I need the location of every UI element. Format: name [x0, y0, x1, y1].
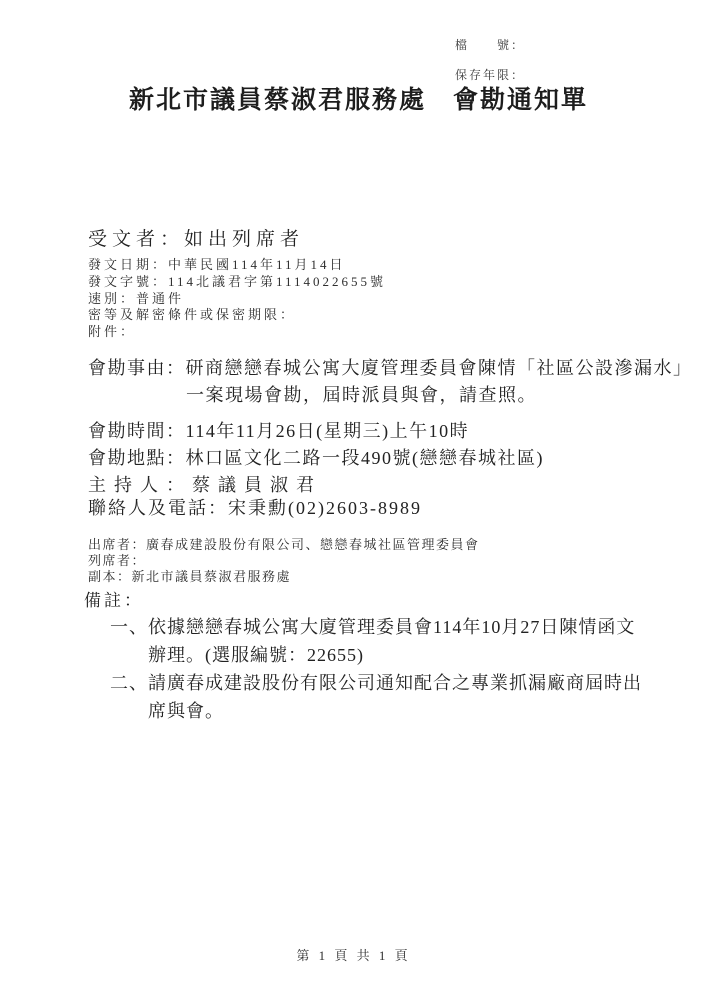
remark-2-number: 二、 [110, 673, 148, 693]
attendees-cc-line: 副本：新北市議員蔡淑君服務處 [88, 569, 480, 585]
inspection-time-line: 會勘時間：114年11月26日(星期三)上午10時 [88, 417, 469, 443]
document-meta-block: 發文日期：中華民國114年11月14日 發文字號：114北議君字第1114022… [88, 257, 386, 341]
document-title: 新北市議員蔡淑君服務處 會勘通知單 [0, 80, 707, 116]
inspection-location-line: 會勘地點：林口區文化二路一段490號(戀戀春城社區) [88, 444, 544, 470]
notice-document-page: 檔 號： 保存年限： 新北市議員蔡淑君服務處 會勘通知單 受文者：如出列席者 發… [0, 0, 707, 1000]
remark-1-number: 一、 [110, 617, 148, 637]
subject-label: 會勘事由： [88, 358, 186, 378]
doc-number-line: 發文字號：114北議君字第1114022655號 [88, 274, 386, 291]
page-number-footer: 第 1 頁 共 1 頁 [0, 945, 707, 964]
contact-line: 聯絡人及電話：宋秉勳(02)2603-8989 [88, 494, 422, 520]
speed-class-line: 速別：普通件 [88, 291, 386, 308]
remarks-list: 一、依據戀戀春城公寓大廈管理委員會114年10月27日陳情函文辦理。(選服編號：… [110, 614, 650, 726]
subject-text: 研商戀戀春城公寓大廈管理委員會陳情「社區公設滲漏水」一案現場會勘，屆時派員與會，… [186, 358, 693, 405]
attendees-present-line: 出席者：廣春成建設股份有限公司、戀戀春城社區管理委員會 [88, 537, 480, 553]
remarks-label: 備註： [84, 586, 144, 611]
remark-2-text: 請廣春成建設股份有限公司通知配合之專業抓漏廠商屆時出席與會。 [148, 673, 642, 721]
issue-date-line: 發文日期：中華民國114年11月14日 [88, 257, 386, 274]
file-number-label: 檔 號： [455, 36, 525, 53]
attendee-block: 出席者：廣春成建設股份有限公司、戀戀春城社區管理委員會 列席者： 副本：新北市議… [88, 537, 480, 586]
attachment-line: 附件： [88, 324, 386, 341]
remark-item-2: 二、請廣春成建設股份有限公司通知配合之專業抓漏廠商屆時出席與會。 [110, 670, 650, 725]
remark-item-1: 一、依據戀戀春城公寓大廈管理委員會114年10月27日陳情函文辦理。(選服編號：… [110, 614, 650, 669]
remark-1-text: 依據戀戀春城公寓大廈管理委員會114年10月27日陳情函文辦理。(選服編號：22… [148, 617, 635, 665]
recipient-line: 受文者：如出列席者 [88, 224, 304, 251]
security-class-line: 密等及解密條件或保密期限： [88, 307, 386, 324]
attendees-observers-line: 列席者： [88, 553, 480, 569]
inspection-subject: 會勘事由：研商戀戀春城公寓大廈管理委員會陳情「社區公設滲漏水」一案現場會勘，屆時… [88, 355, 702, 409]
